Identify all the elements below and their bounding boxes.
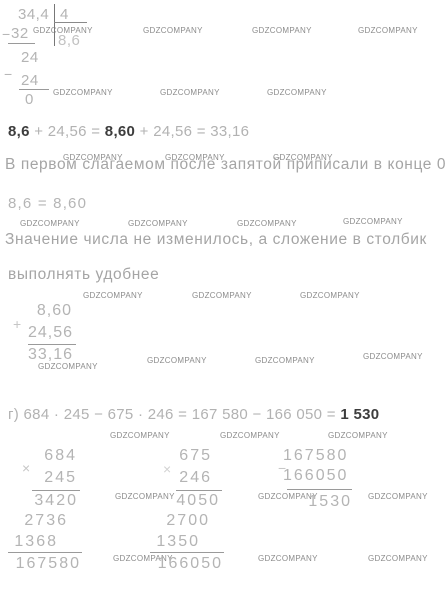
- addition-addend-1: 8,60: [13, 303, 77, 319]
- minus-sign: −: [2, 26, 10, 42]
- watermark-text: GDZCOMPANY: [252, 26, 312, 35]
- equation-part: 1 530: [340, 406, 379, 423]
- equation-sum: 8,6 + 24,56 = 8,60 + 24,56 = 33,16: [8, 123, 249, 140]
- equation-product-difference: г) 684 · 245 − 675 · 246 = 167 580 − 166…: [8, 406, 379, 423]
- watermark-text: GDZCOMPANY: [128, 219, 188, 228]
- watermark-text: GDZCOMPANY: [328, 431, 388, 440]
- mult1-underline-1: [32, 490, 80, 491]
- equation-part: 8,60: [105, 123, 135, 140]
- watermark-text: GDZCOMPANY: [358, 26, 418, 35]
- multiplication-column-1: × 684 245 3420 2736 1368 167580: [8, 446, 82, 576]
- long-division-block: 34,4 4 8,6 − 32 24 − 24 0: [2, 4, 112, 109]
- sub-underline: [287, 489, 352, 490]
- mult2-factor-2: 246: [150, 470, 224, 486]
- addition-addend-2: 24,56: [13, 325, 77, 341]
- watermark-text: GDZCOMPANY: [255, 356, 315, 365]
- division-dividend: 34,4: [18, 6, 49, 23]
- mult1-factor-2: 245: [8, 470, 82, 486]
- division-subtrahend-2: 24: [21, 72, 39, 89]
- minus-sign: −: [4, 66, 12, 82]
- watermark-text: GDZCOMPANY: [343, 217, 403, 226]
- mult1-partial-3: 1368: [8, 534, 82, 550]
- watermark-text: GDZCOMPANY: [237, 219, 297, 228]
- division-subtrahend-1: 32: [11, 25, 29, 42]
- mult2-partial-3: 1350: [150, 534, 224, 550]
- worksheet-page: { "colors": { "ink_dark": "#3d3d3d", "in…: [0, 0, 446, 594]
- division-quotient: 8,6: [58, 32, 80, 49]
- division-underline-1: [8, 43, 35, 44]
- watermark-text: GDZCOMPANY: [368, 492, 428, 501]
- column-addition-block: + 8,60 24,56 33,16: [13, 301, 77, 365]
- division-divisor: 4: [60, 6, 69, 23]
- multiplication-column-2: × 675 246 4050 2700 1350 166050: [150, 446, 224, 576]
- sub-minuend: 167580: [283, 448, 355, 464]
- equation-part: + 24,56 =: [30, 123, 105, 140]
- division-underline-2: [19, 89, 49, 90]
- watermark-text: GDZCOMPANY: [258, 554, 318, 563]
- division-vertical-line: [54, 4, 55, 46]
- watermark-text: GDZCOMPANY: [110, 431, 170, 440]
- explanation-line-1: В первом слагаемом после запятой приписа…: [5, 156, 446, 174]
- mult2-partial-1: 4050: [150, 493, 224, 509]
- addition-sum: 33,16: [13, 347, 77, 363]
- addition-underline: [28, 344, 76, 345]
- equation-part: г) 684 · 245 − 675 · 246 = 167 580 − 166…: [8, 406, 340, 423]
- mult1-partial-2: 2736: [8, 513, 82, 529]
- mult1-factor-1: 684: [8, 448, 82, 464]
- mult1-underline-2: [8, 552, 82, 553]
- mult1-partial-1: 3420: [8, 493, 82, 509]
- watermark-text: GDZCOMPANY: [20, 219, 80, 228]
- sub-result: 1530: [283, 494, 355, 510]
- watermark-text: GDZCOMPANY: [192, 291, 252, 300]
- division-divisor-line: [54, 22, 87, 23]
- watermark-text: GDZCOMPANY: [147, 356, 207, 365]
- watermark-text: GDZCOMPANY: [160, 88, 220, 97]
- equation-part: + 24,56 = 33,16: [135, 123, 249, 140]
- watermark-text: GDZCOMPANY: [368, 554, 428, 563]
- watermark-text: GDZCOMPANY: [363, 352, 423, 361]
- division-remainder: 0: [25, 91, 34, 108]
- watermark-text: GDZCOMPANY: [143, 26, 203, 35]
- watermark-text: GDZCOMPANY: [220, 431, 280, 440]
- equation-part: 8,6: [8, 123, 30, 140]
- mult1-result: 167580: [8, 556, 82, 572]
- division-bring-down: 24: [21, 49, 39, 66]
- mult2-result: 166050: [150, 556, 224, 572]
- mult2-underline-2: [150, 552, 224, 553]
- watermark-text: GDZCOMPANY: [83, 291, 143, 300]
- watermark-text: GDZCOMPANY: [300, 291, 360, 300]
- mult2-partial-2: 2700: [150, 513, 224, 529]
- subtraction-column: − 167580 166050 1530: [283, 446, 355, 516]
- explanation-line-3: выполнять удобнее: [8, 266, 159, 284]
- sub-subtrahend: 166050: [283, 468, 355, 484]
- watermark-text: GDZCOMPANY: [267, 88, 327, 97]
- mult2-underline-1: [176, 490, 222, 491]
- mult2-factor-1: 675: [150, 448, 224, 464]
- explanation-line-2: Значение числа не изменилось, а сложение…: [5, 231, 427, 249]
- equality-8-60: 8,6 = 8,60: [8, 195, 87, 212]
